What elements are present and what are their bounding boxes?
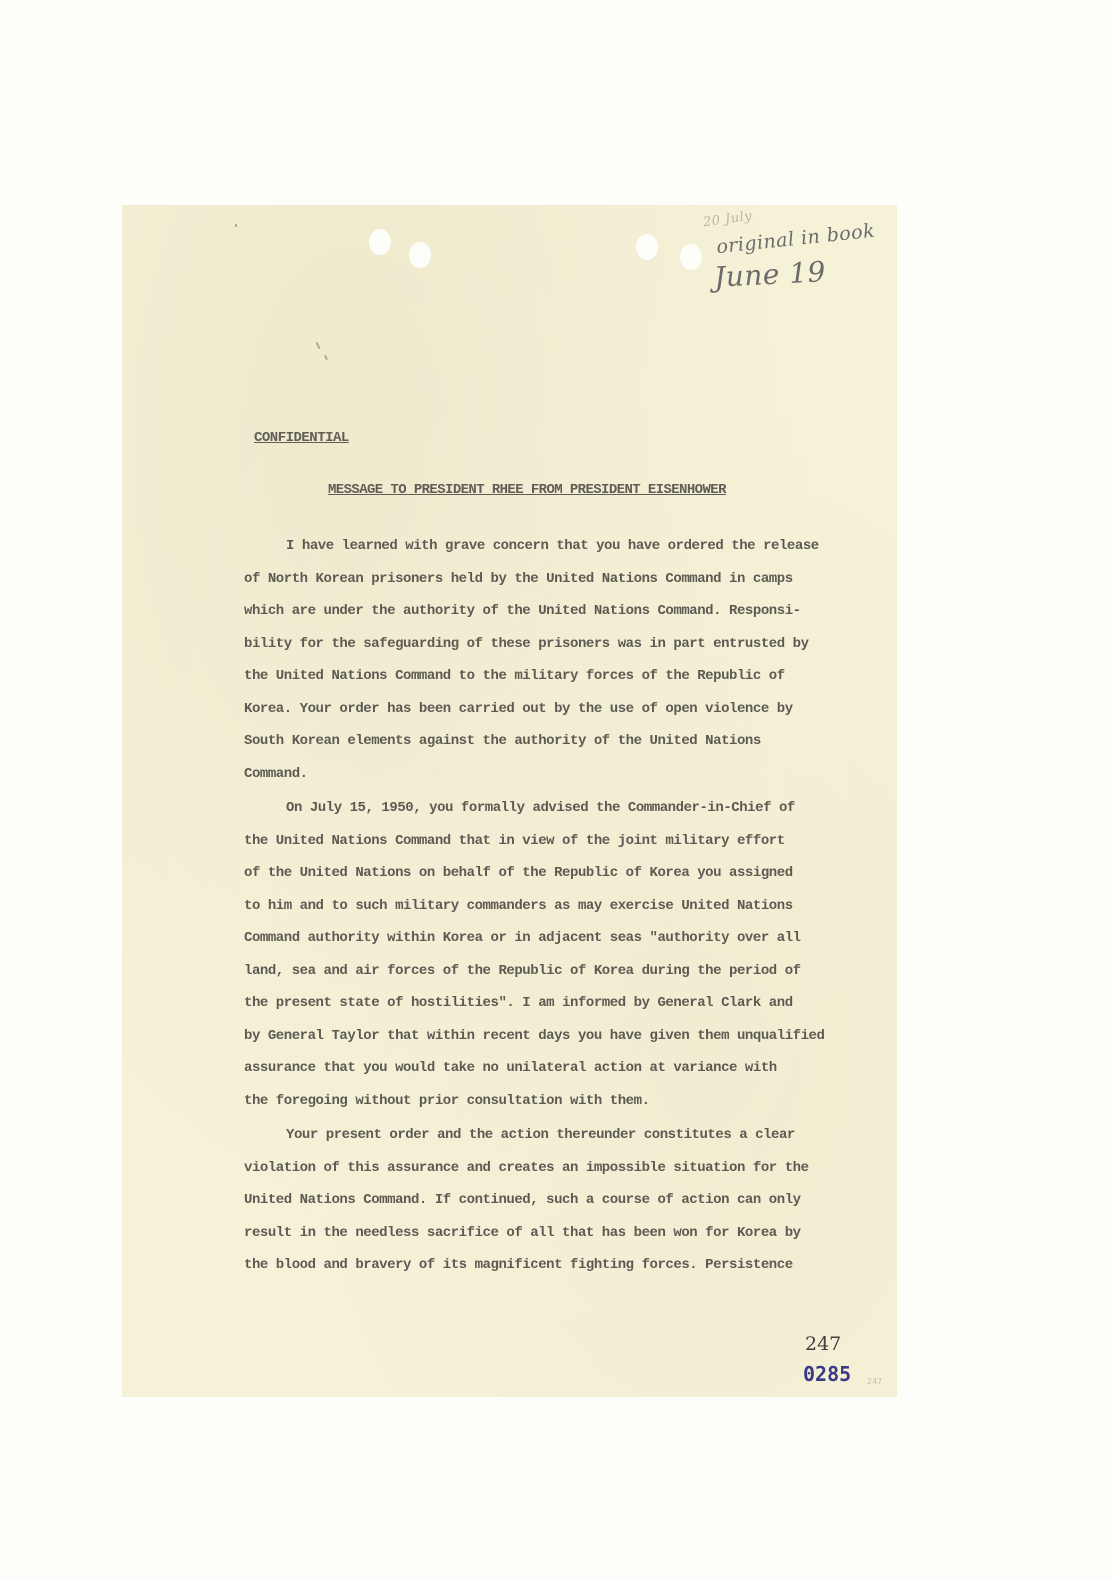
- text-line: land, sea and air forces of the Republic…: [244, 955, 834, 988]
- punch-hole: [369, 229, 391, 255]
- document-title: MESSAGE TO PRESIDENT RHEE FROM PRESIDENT…: [328, 482, 726, 498]
- classification-marking: CONFIDENTIAL: [254, 430, 349, 446]
- archive-stamp-number: 0285: [803, 1362, 851, 1386]
- text-line: the foregoing without prior consultation…: [244, 1085, 834, 1118]
- text-line: Command.: [244, 758, 834, 791]
- text-line: result in the needless sacrifice of all …: [244, 1217, 834, 1250]
- text-line: of North Korean prisoners held by the Un…: [244, 563, 834, 596]
- text-line: bility for the safeguarding of these pri…: [244, 628, 834, 661]
- text-line: the blood and bravery of its magnificent…: [244, 1249, 834, 1282]
- text-line: Korea. Your order has been carried out b…: [244, 693, 834, 726]
- archive-stamp-small: 247: [867, 1377, 882, 1386]
- paragraph-3: Your present order and the action thereu…: [244, 1119, 834, 1282]
- text-line: United Nations Command. If continued, su…: [244, 1184, 834, 1217]
- handwritten-note-date: June 19: [713, 255, 826, 294]
- text-line: South Korean elements against the author…: [244, 725, 834, 758]
- text-line: Your present order and the action thereu…: [244, 1119, 834, 1152]
- text-line: assurance that you would take no unilate…: [244, 1052, 834, 1085]
- text-line: On July 15, 1950, you formally advised t…: [244, 792, 834, 825]
- paper-blemish: [235, 224, 237, 227]
- text-line: violation of this assurance and creates …: [244, 1152, 834, 1185]
- text-line: of the United Nations on behalf of the R…: [244, 857, 834, 890]
- document-body: I have learned with grave concern that y…: [244, 530, 834, 1282]
- text-line: the United Nations Command that in view …: [244, 825, 834, 858]
- page-number: 247: [805, 1333, 841, 1355]
- text-line: by General Taylor that within recent day…: [244, 1020, 834, 1053]
- text-line: Command authority within Korea or in adj…: [244, 922, 834, 955]
- text-line: the present state of hostilities". I am …: [244, 987, 834, 1020]
- text-line: the United Nations Command to the milita…: [244, 660, 834, 693]
- punch-hole: [636, 234, 658, 260]
- punch-hole: [409, 242, 431, 268]
- punch-hole: [680, 244, 702, 270]
- text-line: which are under the authority of the Uni…: [244, 595, 834, 628]
- text-line: I have learned with grave concern that y…: [244, 530, 834, 563]
- paragraph-1: I have learned with grave concern that y…: [244, 530, 834, 790]
- text-line: to him and to such military commanders a…: [244, 890, 834, 923]
- paragraph-2: On July 15, 1950, you formally advised t…: [244, 792, 834, 1117]
